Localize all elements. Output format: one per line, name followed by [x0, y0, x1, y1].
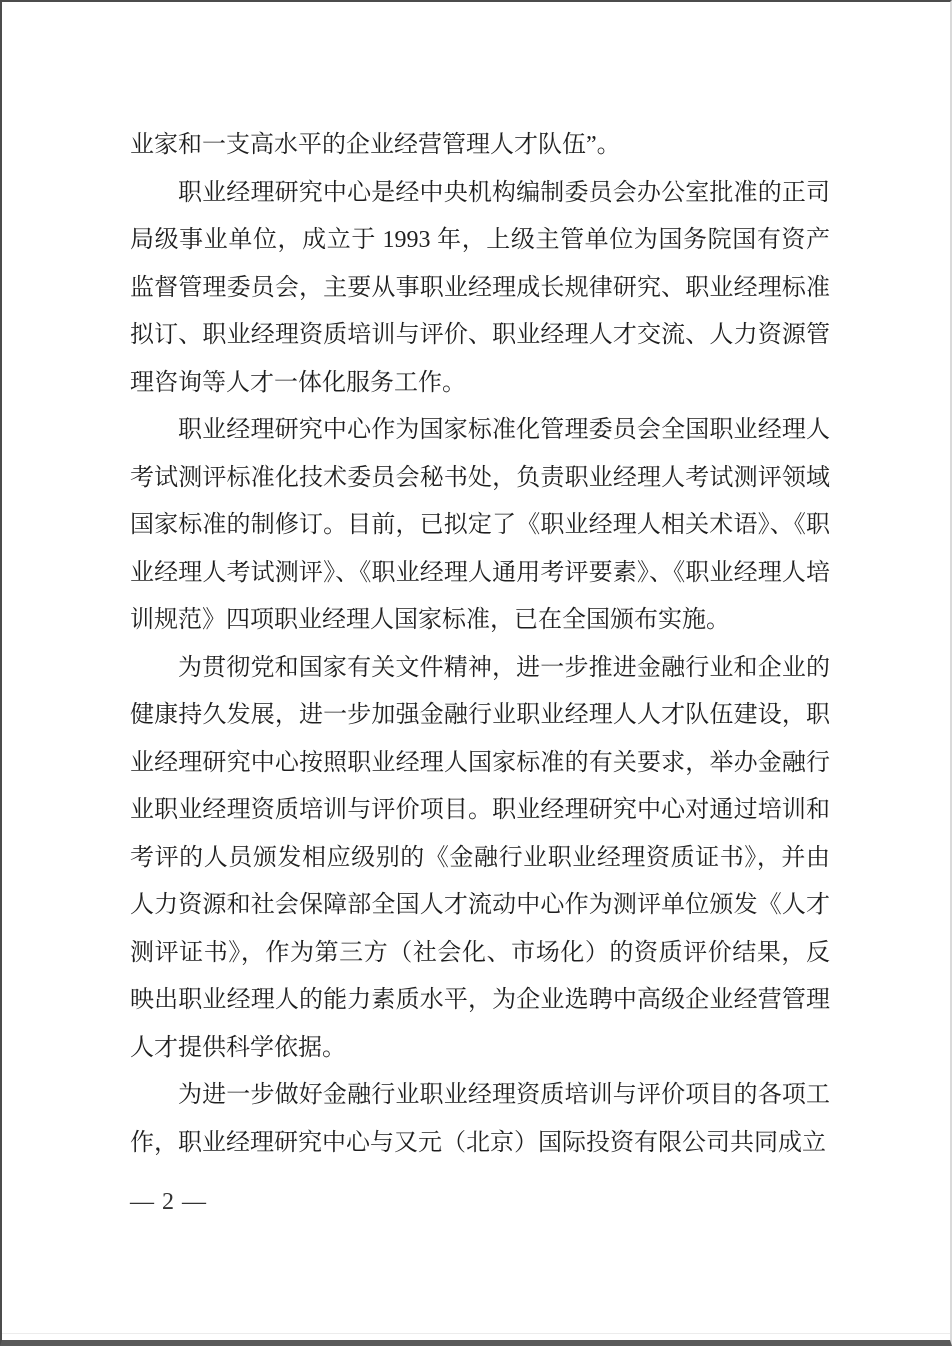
document-body: 业家和一支高水平的企业经营管理人才队伍”。职业经理研究中心是经中央机构编制委员会… [130, 122, 830, 1167]
scan-edge-line [2, 1333, 950, 1334]
document-page: 业家和一支高水平的企业经营管理人才队伍”。职业经理研究中心是经中央机构编制委员会… [0, 0, 952, 1346]
page-number: — 2 — [130, 1188, 207, 1216]
paragraph: 为进一步做好金融行业职业经理资质培训与评价项目的各项工作，职业经理研究中心与又元… [130, 1072, 830, 1167]
paragraph: 为贯彻党和国家有关文件精神，进一步推进金融行业和企业的健康持久发展，进一步加强金… [130, 645, 830, 1073]
paragraph: 职业经理研究中心作为国家标准化管理委员会全国职业经理人考试测评标准化技术委员会秘… [130, 407, 830, 645]
paragraph: 职业经理研究中心是经中央机构编制委员会办公室批准的正司局级事业单位，成立于 19… [130, 170, 830, 408]
paragraph: 业家和一支高水平的企业经营管理人才队伍”。 [130, 122, 830, 170]
